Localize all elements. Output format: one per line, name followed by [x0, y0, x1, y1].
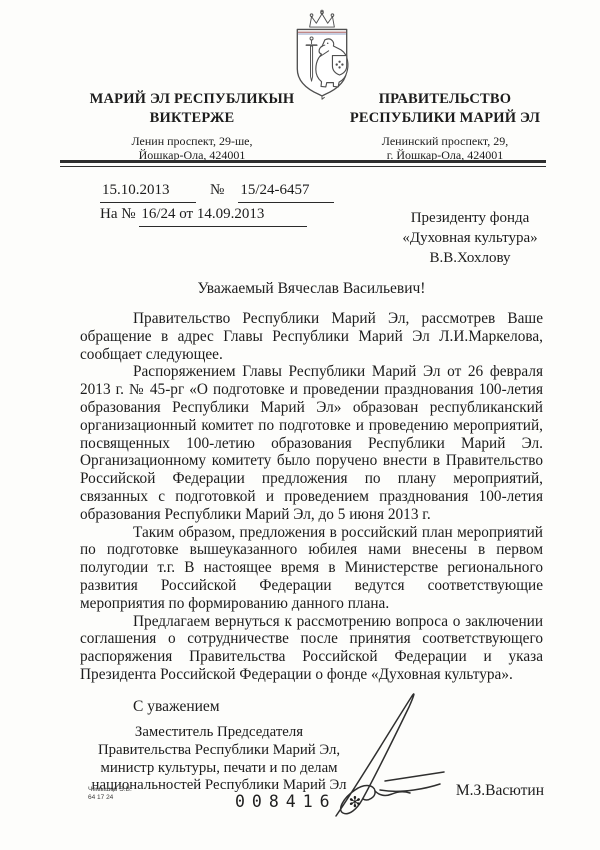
reference-block: 15.10.2013№15/24-6457 На № 16/24 от 14.0… [100, 179, 334, 227]
signatory-title-line3: министр культуры, печати и по делам [86, 760, 352, 778]
org-address-mari: Ленин проспект, 29-ше, Йошкар-Ола, 42400… [76, 135, 308, 162]
executor-name: Чемышев Э.В. [88, 786, 132, 794]
signatory-title-line1: Заместитель Председателя [86, 724, 352, 742]
executor-note: Чемышев Э.В. 64 17 24 [88, 786, 132, 801]
letterhead-divider [60, 160, 546, 167]
salutation: Уважаемый Вячеслав Васильевич! [80, 280, 543, 298]
addressee-line3: В.В.Хохлову [392, 248, 548, 268]
snowflake-asterisk-icon: ✻ [349, 793, 362, 811]
addressee-block: Президенту фонда «Духовная культура» В.В… [392, 208, 548, 268]
org-name-mari: МАРИЙ ЭЛ РЕСПУБЛИКЫН ВИКТЕРЖЕ [76, 90, 308, 128]
signatory-title-block: Заместитель Председателя Правительства Р… [86, 724, 352, 795]
reference-line-reply: На № 16/24 от 14.09.2013 [100, 203, 334, 227]
paragraph-1: Правительство Республики Марий Эл, рассм… [80, 310, 543, 363]
executor-phone: 64 17 24 [88, 794, 132, 802]
form-stamp-number: 008416✻ [235, 792, 361, 811]
org-address-government-line1: Ленинский проспект, 29, [336, 135, 554, 149]
org-address-government: Ленинский проспект, 29, г. Йошкар-Ола, 4… [336, 135, 554, 162]
addressee-line2: «Духовная культура» [392, 228, 548, 248]
scanned-letter-page: МАРИЙ ЭЛ РЕСПУБЛИКЫН ВИКТЕРЖЕ Ленин прос… [0, 0, 600, 850]
closing-phrase: С уважением [133, 698, 220, 716]
addressee-line1: Президенту фонда [392, 208, 548, 228]
outgoing-number: 15/24-6457 [238, 179, 334, 203]
reference-line-outgoing: 15.10.2013№15/24-6457 [100, 179, 334, 203]
letterhead-right-org: ПРАВИТЕЛЬСТВО РЕСПУБЛИКИ МАРИЙ ЭЛ Ленинс… [336, 90, 554, 162]
signatory-name: М.З.Васютин [428, 782, 544, 800]
number-sign: № [210, 182, 224, 198]
org-name-government-line1: ПРАВИТЕЛЬСТВО [336, 90, 554, 109]
letterhead-left-org: МАРИЙ ЭЛ РЕСПУБЛИКЫН ВИКТЕРЖЕ Ленин прос… [76, 90, 308, 162]
signatory-title-line2: Правительства Республики Марий Эл, [86, 742, 352, 760]
reply-prefix: На № [100, 206, 136, 222]
org-address-mari-line1: Ленин проспект, 29-ше, [76, 135, 308, 149]
org-name-mari-line2: ВИКТЕРЖЕ [76, 109, 308, 128]
paragraph-3: Таким образом, предложения в российский … [80, 524, 543, 613]
org-name-government: ПРАВИТЕЛЬСТВО РЕСПУБЛИКИ МАРИЙ ЭЛ [336, 90, 554, 128]
letter-body: Правительство Республики Марий Эл, рассм… [80, 310, 543, 684]
paragraph-4: Предлагаем вернуться к рассмотрению вопр… [80, 613, 543, 684]
paragraph-2: Распоряжением Главы Республики Марий Эл … [80, 363, 543, 523]
outgoing-date: 15.10.2013 [100, 179, 196, 203]
reply-number: 16/24 от 14.09.2013 [139, 203, 307, 227]
org-name-mari-line1: МАРИЙ ЭЛ РЕСПУБЛИКЫН [76, 90, 308, 109]
org-name-government-line2: РЕСПУБЛИКИ МАРИЙ ЭЛ [336, 109, 554, 128]
stamp-number: 008416 [235, 792, 337, 811]
